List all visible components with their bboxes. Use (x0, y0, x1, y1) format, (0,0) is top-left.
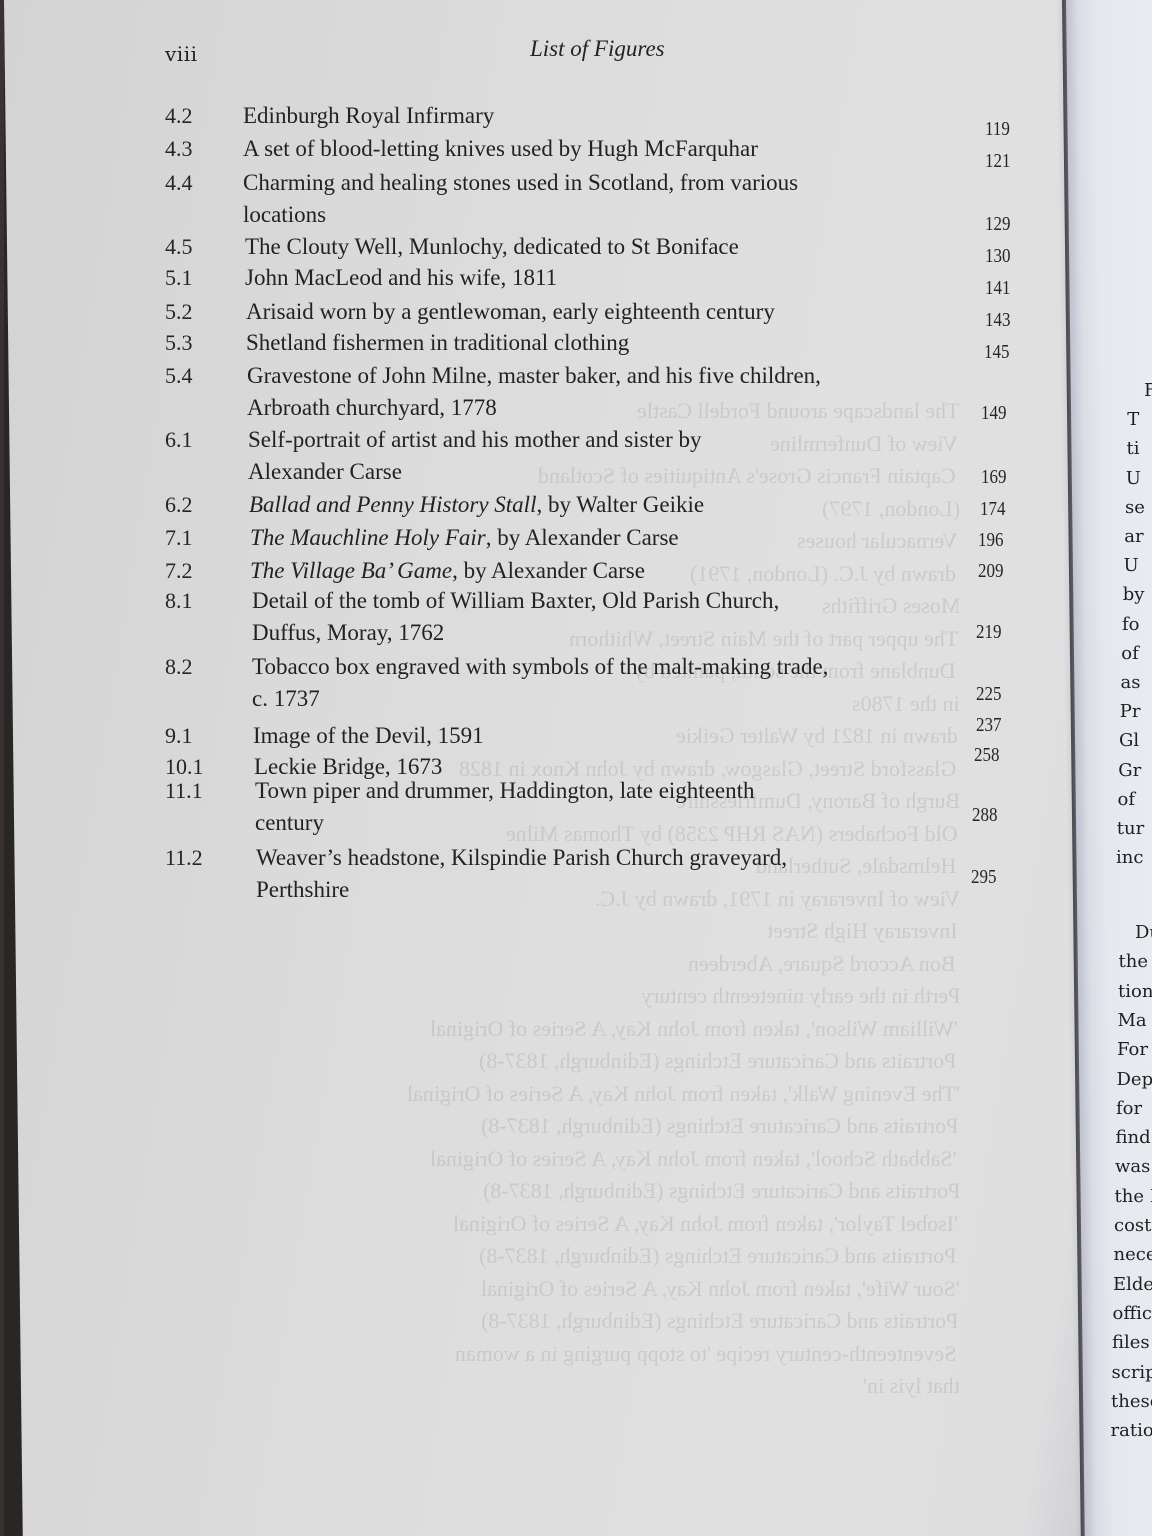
facing-page-fragment: For (1117, 1039, 1148, 1060)
facing-page-fragment: offic (1113, 1303, 1152, 1324)
facing-page-fragment: F (1144, 380, 1152, 401)
facing-page-fragment: ratio (1111, 1420, 1152, 1441)
facing-page-fragment: the (1119, 951, 1148, 972)
book-spread: The landscape around Fordell CastleView … (0, 0, 1152, 1536)
facing-page-fragment: files (1112, 1332, 1150, 1353)
facing-page-fragment: of (1118, 789, 1136, 810)
facing-page-fragment: Gr (1118, 760, 1141, 781)
facing-page-fragment: these (1111, 1391, 1152, 1412)
facing-page-fragment: ar (1124, 526, 1143, 547)
facing-page-fragment: U (1124, 555, 1139, 576)
facing-page-fragment: tion (1118, 981, 1152, 1002)
facing-page-fragment: nece (1114, 1244, 1152, 1265)
facing-page-fragment: cost (1114, 1215, 1151, 1236)
facing-page-fragment: Dep (1117, 1069, 1152, 1090)
facing-page-fragment: Gl (1119, 730, 1139, 751)
facing-page-fragment: as (1121, 672, 1141, 693)
facing-page-text: FTtiUsearUbyfoofasPrGlGrofturincDuthetio… (0, 0, 1152, 1536)
facing-page-fragment: the I (1115, 1186, 1152, 1207)
facing-page-fragment: scrip (1112, 1362, 1152, 1383)
facing-page-fragment: for (1116, 1098, 1142, 1119)
facing-page-fragment: tur (1117, 818, 1144, 839)
facing-page-fragment: Ma (1118, 1010, 1147, 1031)
facing-page-fragment: Pr (1120, 701, 1141, 722)
facing-page-fragment: was (1115, 1156, 1150, 1177)
facing-page-fragment: by (1123, 584, 1145, 605)
facing-page-fragment: se (1125, 497, 1145, 518)
facing-page-fragment: T (1127, 409, 1139, 430)
facing-page-fragment: Du (1135, 922, 1152, 943)
facing-page-fragment: find (1116, 1127, 1151, 1148)
facing-page-fragment: ti (1127, 438, 1140, 459)
facing-page-fragment: Elde (1113, 1274, 1152, 1295)
facing-page-fragment: of (1121, 643, 1139, 664)
facing-page-fragment: fo (1122, 614, 1140, 635)
facing-page-fragment: inc (1116, 847, 1143, 868)
facing-page-fragment: U (1126, 468, 1141, 489)
